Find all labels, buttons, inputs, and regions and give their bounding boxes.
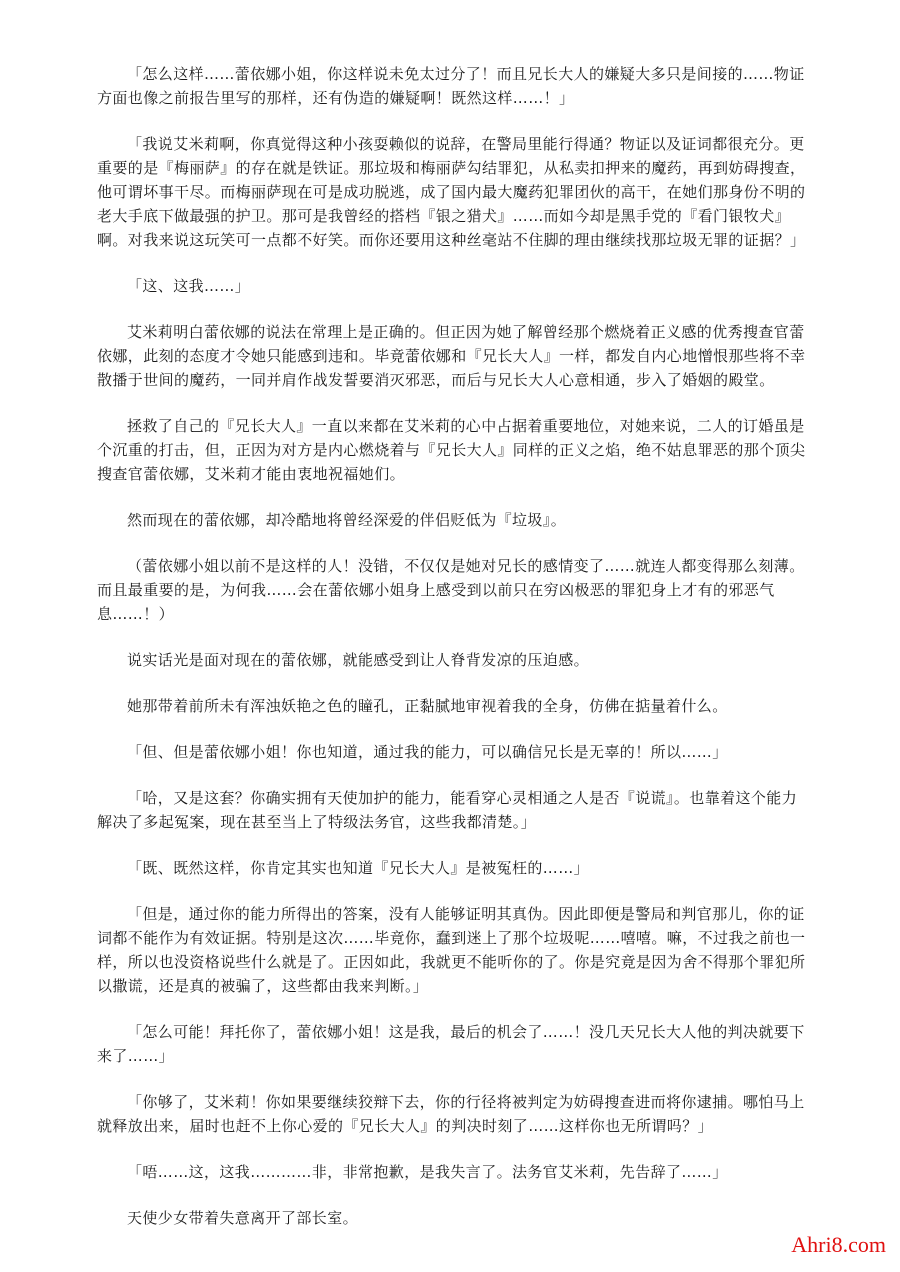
paragraph: 艾米莉明白蕾依娜的说法在常理上是正确的。但正因为她了解曾经那个燃烧着正义感的优秀…: [97, 320, 807, 392]
paragraph: 「既、既然这样，你肯定其实也知道『兄长大人』是被冤枉的……」: [97, 856, 807, 880]
paragraph: 「这、这我……」: [97, 274, 807, 298]
paragraph: 拯救了自己的『兄长大人』一直以来都在艾米莉的心中占据着重要地位，对她来说，二人的…: [97, 414, 807, 486]
document-page: 「怎么这样……蕾依娜小姐，你这样说未免太过分了！而且兄长大人的嫌疑大多只是间接的…: [97, 62, 807, 1252]
paragraph: 说实话光是面对现在的蕾依娜，就能感受到让人脊背发凉的压迫感。: [97, 648, 807, 672]
paragraph: 「怎么这样……蕾依娜小姐，你这样说未免太过分了！而且兄长大人的嫌疑大多只是间接的…: [97, 62, 807, 110]
paragraph: 她那带着前所未有浑浊妖艳之色的瞳孔，正黏腻地审视着我的全身，仿佛在掂量着什么。: [97, 694, 807, 718]
paragraph: 「你够了，艾米莉！你如果要继续狡辩下去，你的行径将被判定为妨碍搜查进而将你逮捕。…: [97, 1090, 807, 1138]
paragraph: （蕾依娜小姐以前不是这样的人！没错，不仅仅是她对兄长的感情变了……就连人都变得那…: [97, 554, 807, 626]
paragraph: 「我说艾米莉啊，你真觉得这种小孩耍赖似的说辞，在警局里能行得通？物证以及证词都很…: [97, 132, 807, 252]
watermark: Ahri8.com: [791, 1232, 886, 1258]
paragraph: 天使少女带着失意离开了部长室。: [97, 1206, 807, 1230]
paragraph: 然而现在的蕾依娜，却冷酷地将曾经深爱的伴侣贬低为『垃圾』。: [97, 508, 807, 532]
paragraph: 「怎么可能！拜托你了，蕾依娜小姐！这是我，最后的机会了……！没几天兄长大人他的判…: [97, 1020, 807, 1068]
paragraph: 「哈，又是这套？你确实拥有天使加护的能力，能看穿心灵相通之人是否『说谎』。也靠着…: [97, 786, 807, 834]
paragraph: 「但是，通过你的能力所得出的答案，没有人能够证明其真伪。因此即便是警局和判官那儿…: [97, 902, 807, 998]
paragraph: 「但、但是蕾依娜小姐！你也知道，通过我的能力，可以确信兄长是无辜的！所以……」: [97, 740, 807, 764]
paragraph: 「唔……这，这我…………非，非常抱歉，是我失言了。法务官艾米莉，先告辞了……」: [97, 1160, 807, 1184]
